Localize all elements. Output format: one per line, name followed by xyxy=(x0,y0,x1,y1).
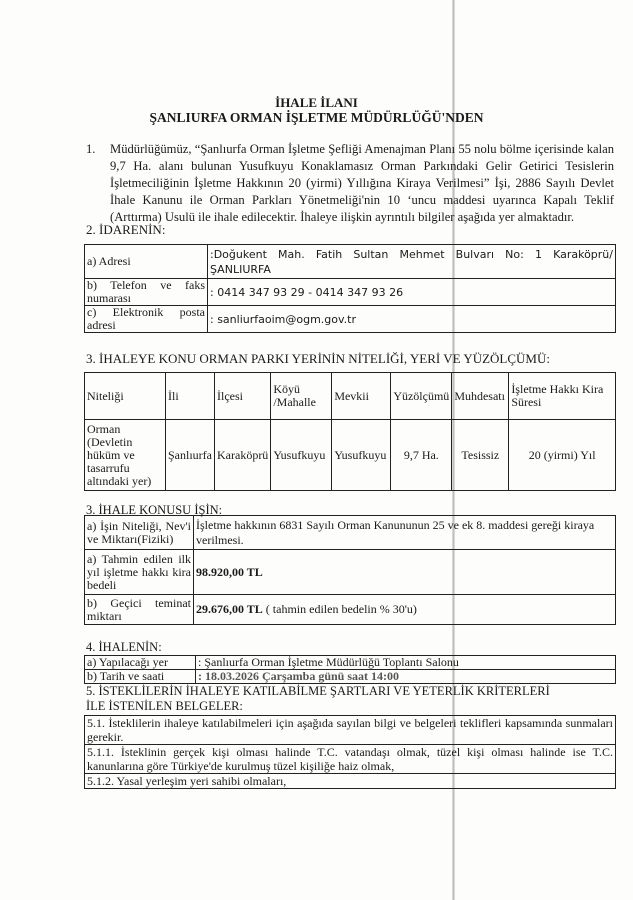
guarantee-label: b) Geçici teminat miktarı xyxy=(85,595,194,625)
tender-heading: 4. İHALENİN: xyxy=(86,640,162,655)
table-row: a) Adresi :Doğukent Mah. Fatih Sultan Me… xyxy=(85,245,616,279)
site-heading: 3. İHALEYE KONU ORMAN PARKI YERİNİN NİTE… xyxy=(86,351,550,367)
cell-ilcesi: Karaköprü xyxy=(215,420,271,491)
requirements-table: 5.1. İsteklilerin ihaleye katılabilmeler… xyxy=(84,715,616,789)
site-table: Niteliği İli İlçesi Köyü /Mahalle Mevkii… xyxy=(84,372,616,491)
estimated-price-label: a) Tahmin edilen ilk yıl işletme hakkı k… xyxy=(85,550,194,595)
table-row: a) Tahmin edilen ilk yıl işletme hakkı k… xyxy=(85,550,616,595)
guarantee-note: ( tahmin edilen bedelin % 30'u) xyxy=(263,602,417,616)
tender-place-label: a) Yapılacağı yer xyxy=(85,656,196,670)
col-muhdesati: Muhdesatı xyxy=(452,373,509,420)
col-koyu: Köyü /Mahalle xyxy=(271,373,332,420)
table-row: b) Tarih ve saati : 18.03.2026 Çarşamba … xyxy=(85,670,616,684)
tender-place-value: : Şanlıurfa Orman İşletme Müdürlüğü Topl… xyxy=(196,656,616,670)
work-nature-label: a) İşin Niteliği, Nev'i ve Miktarı(Fizik… xyxy=(85,516,194,550)
tender-table: a) Yapılacağı yer : Şanlıurfa Orman İşle… xyxy=(84,655,616,684)
cell-yuzolcumu: 9,7 Ha. xyxy=(391,420,452,491)
requirement-5-1-2: 5.1.2. Yasal yerleşim yeri sahibi olmala… xyxy=(85,774,616,789)
table-row: b) Geçici teminat miktarı 29.676,00 TL (… xyxy=(85,595,616,625)
cell-niteligi: Orman (Devletin hüküm ve tasarrufu altın… xyxy=(85,420,166,491)
table-row: 5.1.1. İsteklinin gerçek kişi olması hal… xyxy=(85,745,616,774)
col-yuzolcumu: Yüzölçümü xyxy=(391,373,452,420)
requirements-heading-line1: 5. İSTEKLİLERİN İHALEYE KATILABİLME ŞART… xyxy=(86,684,616,699)
intro-number: 1. xyxy=(86,141,95,158)
table-row: a) Yapılacağı yer : Şanlıurfa Orman İşle… xyxy=(85,656,616,670)
table-row: c) Elektronik posta adresi : sanliurfaoi… xyxy=(85,306,616,333)
col-niteligi: Niteliği xyxy=(85,373,166,420)
intro-paragraph: 1. Müdürlüğümüz, “Şanlıurfa Orman İşletm… xyxy=(86,141,614,226)
table-row: 5.1. İsteklilerin ihaleye katılabilmeler… xyxy=(85,716,616,745)
requirement-5-1: 5.1. İsteklilerin ihaleye katılabilmeler… xyxy=(85,716,616,745)
address-label: a) Adresi xyxy=(85,245,208,279)
estimated-price-label-line1: a) Tahmin edilen ilk xyxy=(87,553,191,566)
cell-mevkii: Yusufkuyu xyxy=(332,420,391,491)
estimated-price-value: 98.920,00 TL xyxy=(194,550,616,595)
work-table: a) İşin Niteliği, Nev'i ve Miktarı(Fizik… xyxy=(84,515,616,625)
col-kira-suresi: İşletme Hakkı Kira Süresi xyxy=(509,373,616,420)
estimated-price-label-line3: bedeli xyxy=(87,578,116,592)
cell-muhdesati: Tesissiz xyxy=(452,420,509,491)
document-title: İHALE İLANI xyxy=(0,95,633,111)
intro-text: Müdürlüğümüz, “Şanlıurfa Orman İşletme Ş… xyxy=(110,141,614,226)
col-ili: İli xyxy=(166,373,215,420)
administration-table: a) Adresi :Doğukent Mah. Fatih Sultan Me… xyxy=(84,244,616,333)
table-row: b) Telefon ve faks numarası : 0414 347 9… xyxy=(85,279,616,306)
work-nature-label-line2: ve Miktarı(Fiziki) xyxy=(87,532,173,546)
guarantee-amount: 29.676,00 TL xyxy=(196,602,263,616)
administration-heading: 2. İDARENİN: xyxy=(86,222,165,238)
requirements-heading: 5. İSTEKLİLERİN İHALEYE KATILABİLME ŞART… xyxy=(86,684,616,714)
phone-value: : 0414 347 93 29 - 0414 347 93 26 xyxy=(208,279,616,306)
email-label-line2: adresi xyxy=(87,318,116,332)
email-label: c) Elektronik posta adresi xyxy=(85,306,208,333)
table-row: 5.1.2. Yasal yerleşim yeri sahibi olmala… xyxy=(85,774,616,789)
work-nature-value: İşletme hakkının 6831 Sayılı Orman Kanun… xyxy=(194,516,616,550)
guarantee-label-line2: miktarı xyxy=(87,609,122,623)
cell-ili: Şanlıurfa xyxy=(166,420,215,491)
tender-date-value: : 18.03.2026 Çarşamba günü saat 14:00 xyxy=(196,670,616,684)
cell-koyu: Yusufkuyu xyxy=(271,420,332,491)
document-subtitle: ŞANLIURFA ORMAN İŞLETME MÜDÜRLÜĞÜ'NDEN xyxy=(0,110,633,126)
guarantee-value: 29.676,00 TL ( tahmin edilen bedelin % 3… xyxy=(194,595,616,625)
table-row: Orman (Devletin hüküm ve tasarrufu altın… xyxy=(85,420,616,491)
table-row: a) İşin Niteliği, Nev'i ve Miktarı(Fizik… xyxy=(85,516,616,550)
col-ilcesi: İlçesi xyxy=(215,373,271,420)
requirements-heading-line2: İLE İSTENİLEN BELGELER: xyxy=(86,699,616,714)
address-value: :Doğukent Mah. Fatih Sultan Mehmet Bulva… xyxy=(208,245,616,279)
col-mevkii: Mevkii xyxy=(332,373,391,420)
requirement-5-1-1: 5.1.1. İsteklinin gerçek kişi olması hal… xyxy=(85,745,616,774)
tender-date-label: b) Tarih ve saati xyxy=(85,670,196,684)
cell-kira-suresi: 20 (yirmi) Yıl xyxy=(509,420,616,491)
phone-label: b) Telefon ve faks numarası xyxy=(85,279,208,306)
email-value[interactable]: : sanliurfaoim@ogm.gov.tr xyxy=(208,306,616,333)
phone-label-line2: numarası xyxy=(87,291,131,305)
site-header-row: Niteliği İli İlçesi Köyü /Mahalle Mevkii… xyxy=(85,373,616,420)
